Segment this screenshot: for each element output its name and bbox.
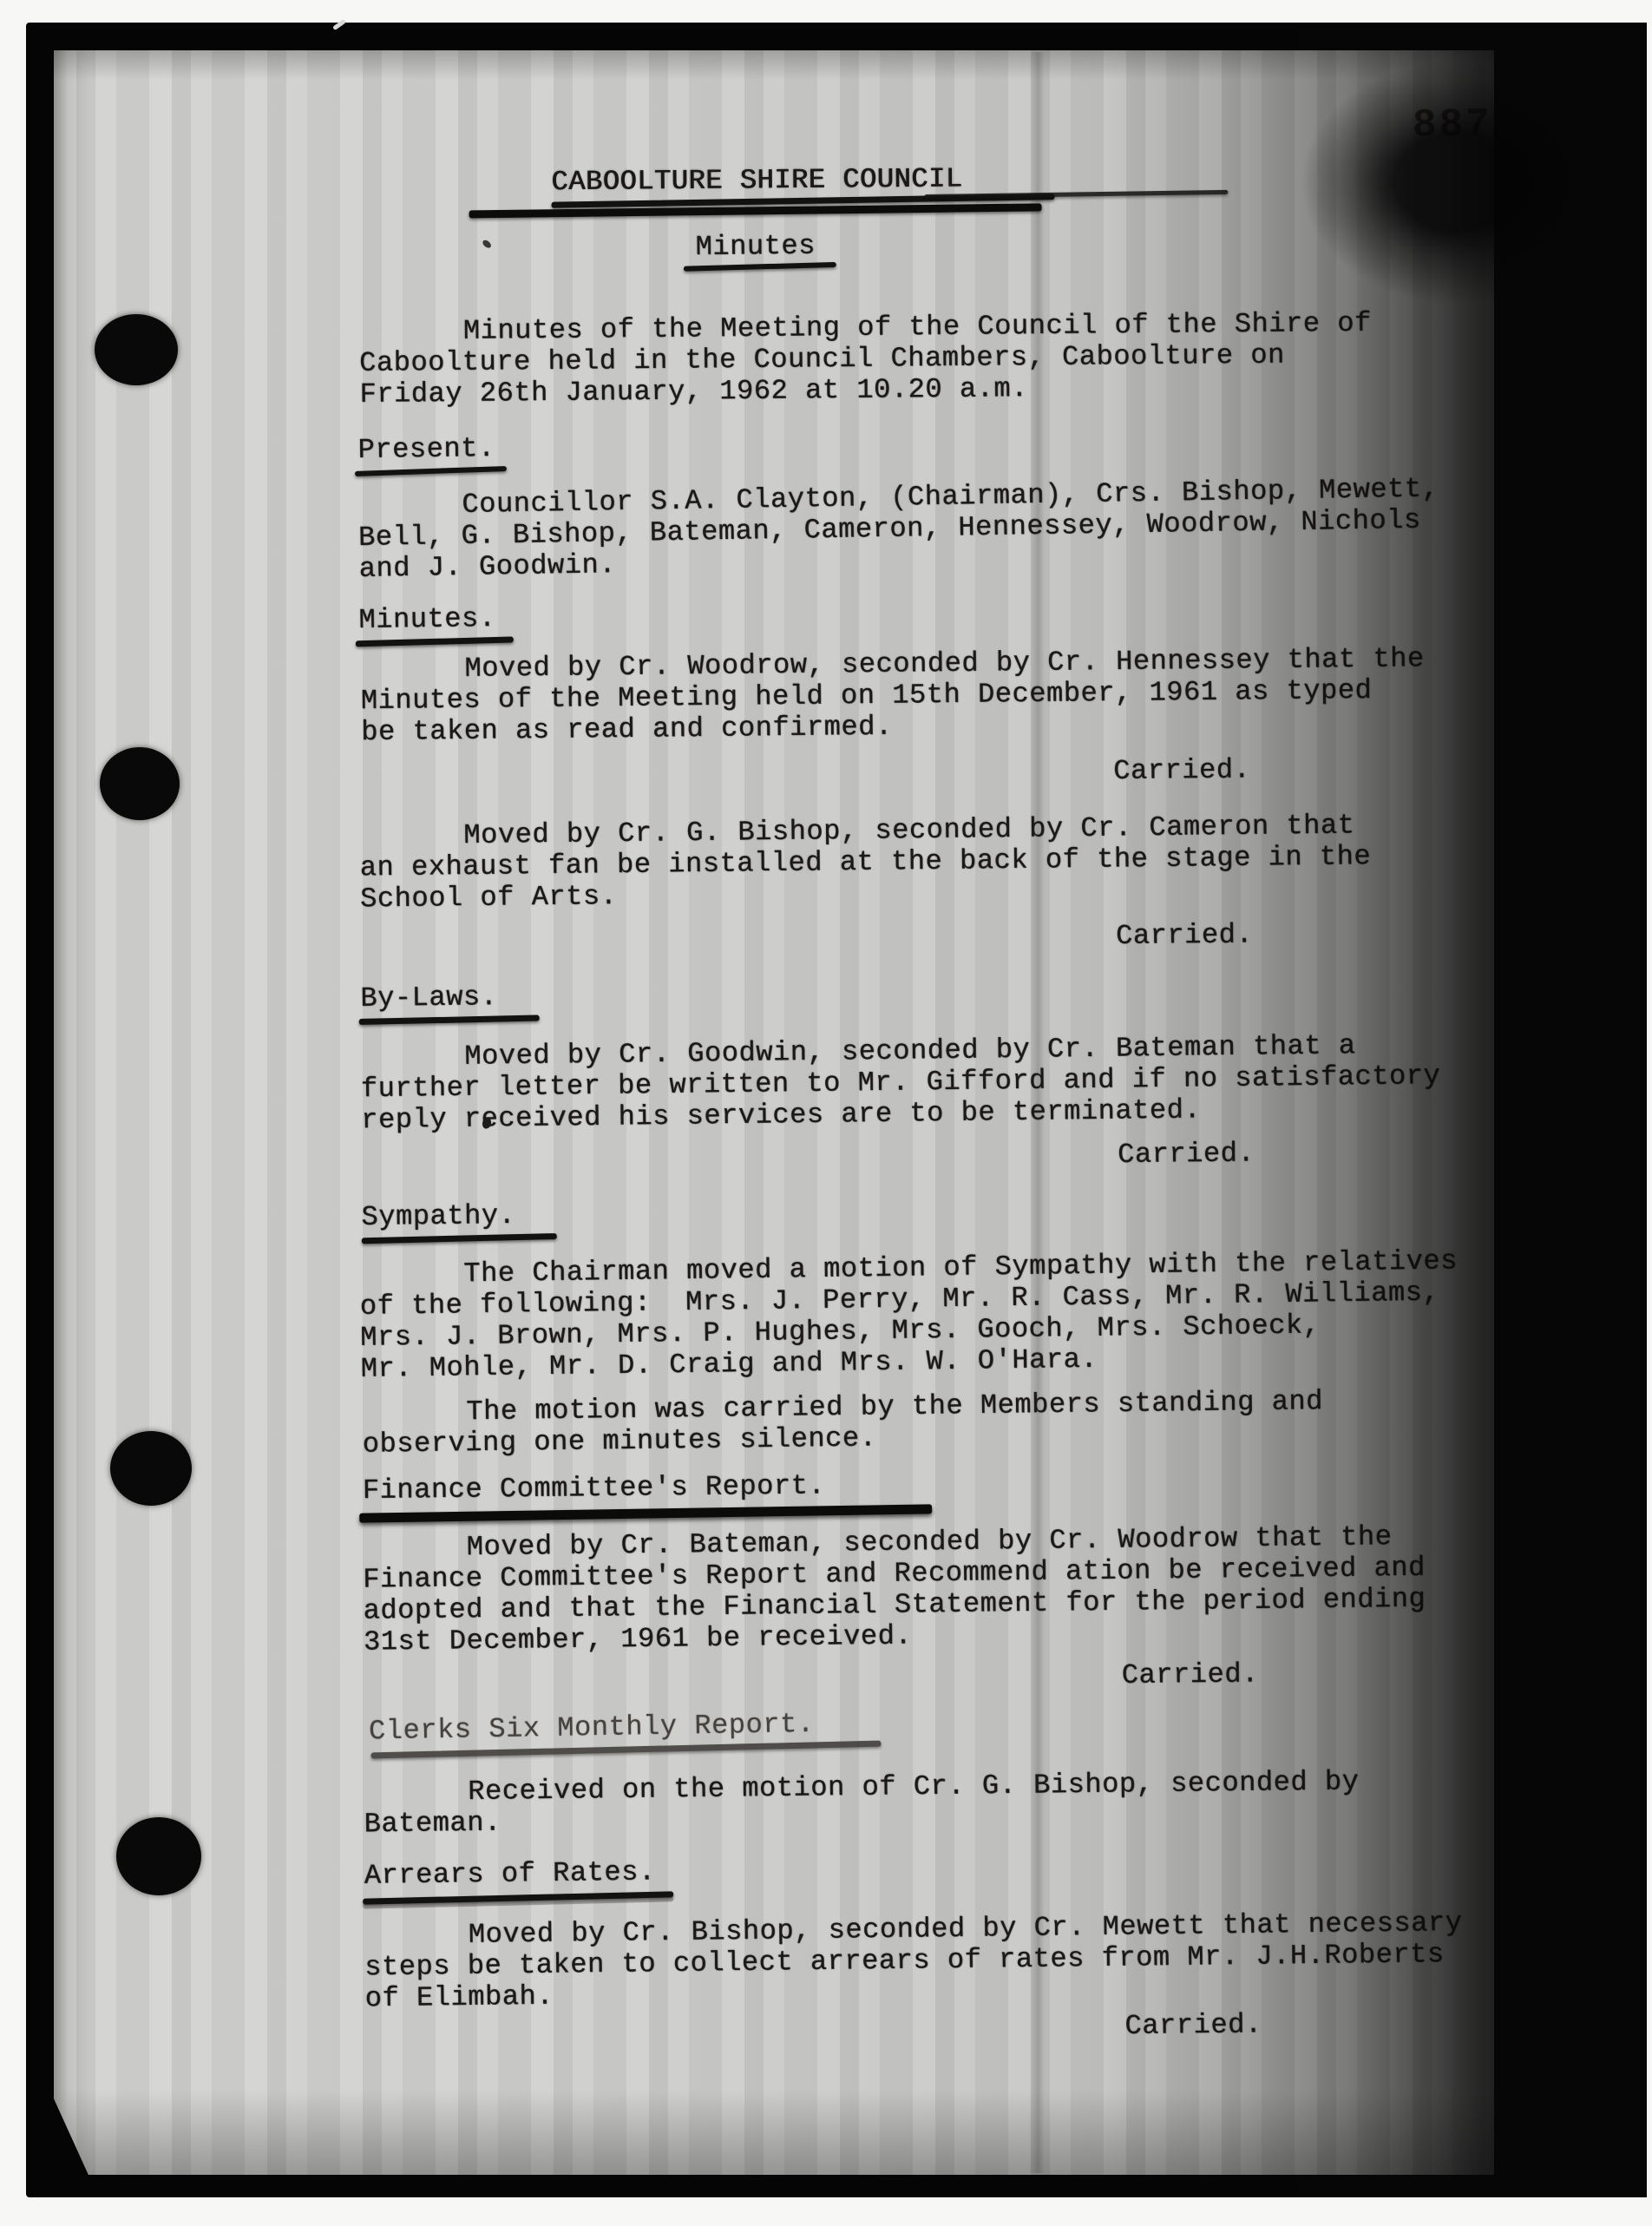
punch-hole <box>100 747 180 820</box>
subtitle-underline <box>684 262 836 272</box>
heading-underline <box>355 466 507 476</box>
section-heading-arrears: Arrears of Rates. <box>364 1856 656 1891</box>
section-heading-minutes: Minutes. <box>358 603 495 636</box>
heading-underline <box>363 1891 673 1904</box>
document-subtitle: Minutes <box>695 231 816 263</box>
ink-speck <box>482 239 493 249</box>
scan-shadow <box>1102 23 1647 2197</box>
heading-text: Clerks Six Monthly Report. <box>369 1709 815 1748</box>
section-heading-bylaws: By-Laws. <box>360 982 497 1015</box>
heading-underline <box>362 1233 557 1244</box>
heading-text: Present. <box>357 433 495 466</box>
section-heading-clerks-report: Clerks Six Monthly Report. <box>369 1709 815 1748</box>
punch-hole <box>116 1817 201 1895</box>
section-heading-present: Present. <box>357 433 495 466</box>
heading-text: Arrears of Rates. <box>364 1856 656 1891</box>
heading-underline <box>359 1504 932 1522</box>
section-heading-finance: Finance Committee's Report. <box>363 1470 826 1507</box>
document-title: CABOOLTURE SHIRE COUNCIL <box>551 163 962 198</box>
heading-text: Finance Committee's Report. <box>363 1470 826 1507</box>
section-heading-sympathy: Sympathy. <box>361 1200 515 1233</box>
scan-shadow-blotch <box>1301 61 1614 304</box>
subtitle-text: Minutes <box>695 231 816 263</box>
heading-text: By-Laws. <box>360 982 497 1015</box>
heading-text: Sympathy. <box>361 1200 515 1233</box>
heading-underline <box>356 636 514 647</box>
scanned-minutes-page: 887 CABOOLTURE SHIRE COUNCIL Minutes Min… <box>0 0 1652 2226</box>
punch-hole <box>110 1431 192 1506</box>
heading-text: Minutes. <box>358 603 495 636</box>
punch-hole <box>95 314 178 385</box>
title-text: CABOOLTURE SHIRE COUNCIL <box>551 163 962 198</box>
heading-underline <box>359 1015 540 1025</box>
